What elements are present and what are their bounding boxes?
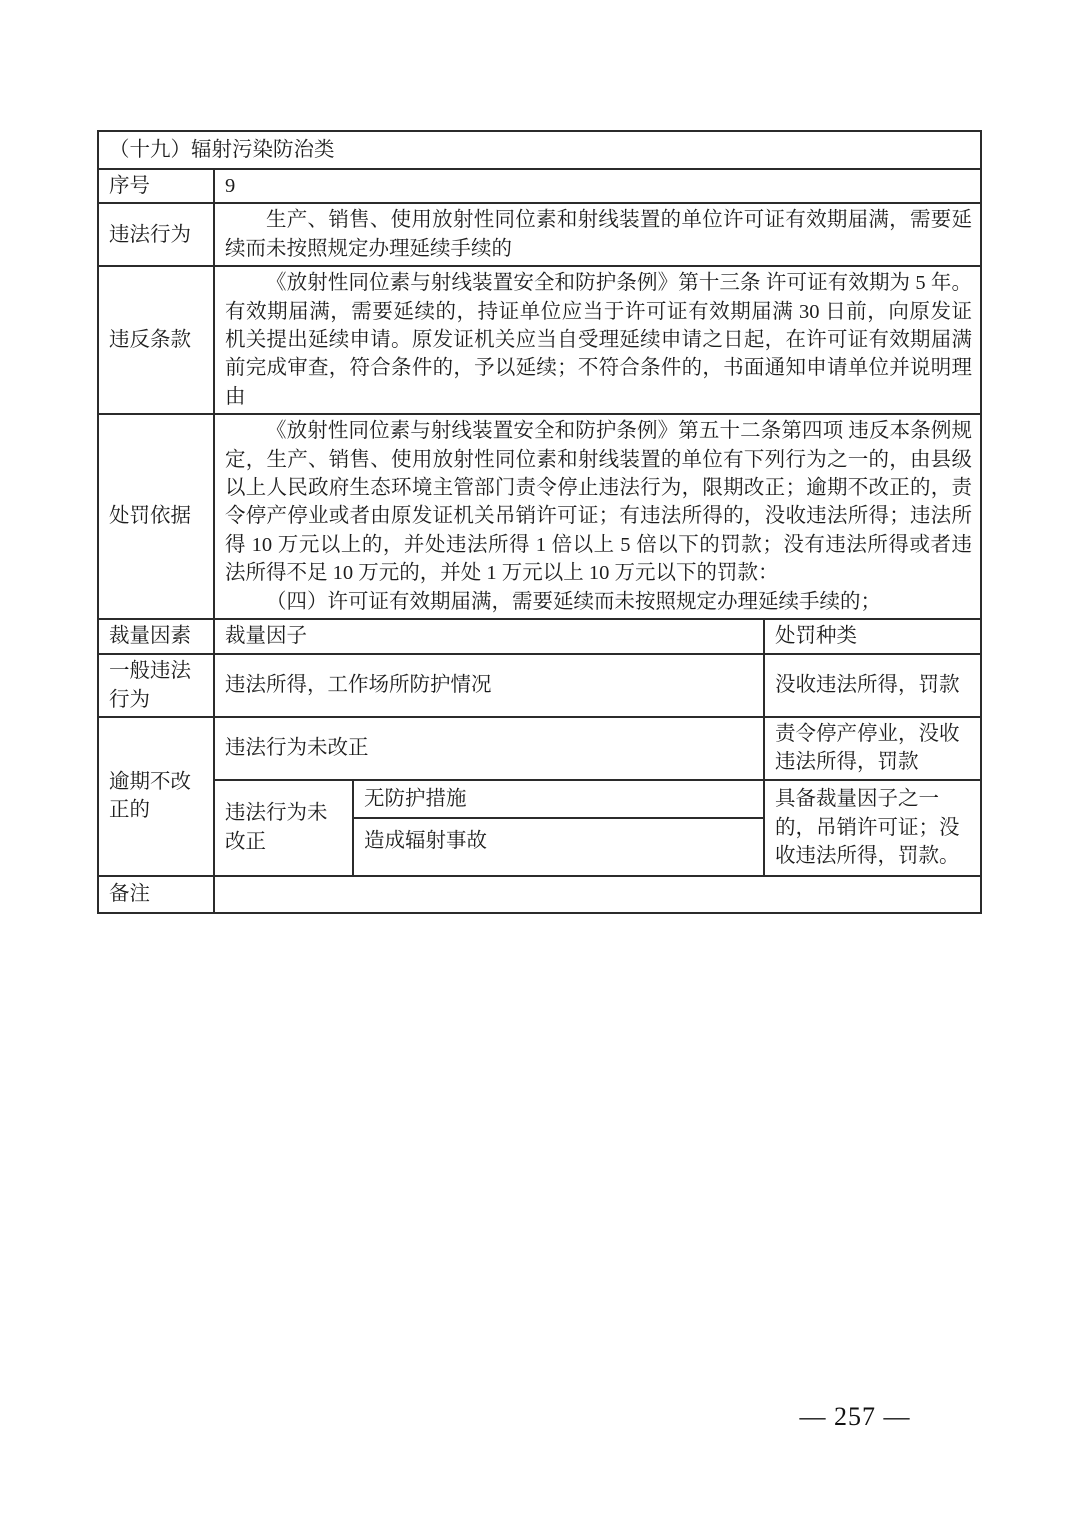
illegal-act-value-cell: 生产、销售、使用放射性同位素和射线装置的单位许可证有效期届满，需要延续而未按照规… [214,203,981,266]
overdue-row2-factor: 违法行为未改正 [225,802,328,852]
violated-clause-label: 违反条款 [109,329,191,351]
overdue-row2-sub2: 造成辐射事故 [364,830,487,852]
overdue-row2-penalty-cell: 具备裁量因子之一的，吊销许可证；没收违法所得，罚款。 [764,780,981,876]
penalty-basis-paragraph1: 《放射性同位素与射线装置安全和防护条例》第五十二条第四项 违反本条例规定，生产、… [225,417,972,587]
table-row: 违法行为未改正 无防护措施 具备裁量因子之一的，吊销许可证；没收违法所得，罚款。 [98,780,981,818]
overdue-label: 逾期不改正的 [109,771,191,821]
table-row: 裁量因素 裁量因子 处罚种类 [98,619,981,654]
discretion-label: 裁量因素 [109,625,191,647]
category-header-text: （十九）辐射污染防治类 [109,139,335,161]
discretion-factor-header: 裁量因子 [225,625,307,647]
violated-clause-value-cell: 《放射性同位素与射线装置安全和防护条例》第十三条 许可证有效期为 5 年。有效期… [214,266,981,414]
table-row: 逾期不改正的 违法行为未改正 责令停产停业，没收违法所得，罚款 [98,717,981,780]
penalty-basis-label-cell: 处罚依据 [98,414,214,619]
serial-label-cell: 序号 [98,169,214,203]
general-violation-penalty-cell: 没收违法所得，罚款 [764,654,981,717]
general-violation-factor: 违法所得，工作场所防护情况 [225,674,492,696]
illegal-act-label: 违法行为 [109,224,191,246]
penalty-discretion-table: （十九）辐射污染防治类 序号 9 违法行为 生产、销售、使用放射性同位素和射线装… [97,130,982,914]
page-number: — 257 — [790,1402,920,1432]
overdue-row1-factor: 违法行为未改正 [225,737,369,759]
penalty-basis-label: 处罚依据 [109,505,191,527]
violated-clause-text: 《放射性同位素与射线装置安全和防护条例》第十三条 许可证有效期为 5 年。有效期… [225,269,972,411]
table-row: （十九）辐射污染防治类 [98,131,981,169]
table-row: 违反条款 《放射性同位素与射线装置安全和防护条例》第十三条 许可证有效期为 5 … [98,266,981,414]
penalty-basis-value-cell: 《放射性同位素与射线装置安全和防护条例》第五十二条第四项 违反本条例规定，生产、… [214,414,981,619]
penalty-type-header: 处罚种类 [775,625,857,647]
document-page: （十九）辐射污染防治类 序号 9 违法行为 生产、销售、使用放射性同位素和射线装… [0,0,1074,1520]
overdue-row1-factor-cell: 违法行为未改正 [214,717,764,780]
table-row: 一般违法行为 违法所得，工作场所防护情况 没收违法所得，罚款 [98,654,981,717]
remark-label: 备注 [109,883,150,905]
table-row: 违法行为 生产、销售、使用放射性同位素和射线装置的单位许可证有效期届满，需要延续… [98,203,981,266]
overdue-row2-sub2-cell: 造成辐射事故 [353,818,764,876]
overdue-row2-sub1: 无防护措施 [364,788,467,810]
overdue-row2-sub1-cell: 无防护措施 [353,780,764,818]
illegal-act-label-cell: 违法行为 [98,203,214,266]
overdue-label-cell: 逾期不改正的 [98,717,214,876]
general-violation-label-cell: 一般违法行为 [98,654,214,717]
violated-clause-label-cell: 违反条款 [98,266,214,414]
general-violation-label: 一般违法行为 [109,660,191,710]
overdue-row1-penalty-cell: 责令停产停业，没收违法所得，罚款 [764,717,981,780]
general-violation-factor-cell: 违法所得，工作场所防护情况 [214,654,764,717]
discretion-factor-header-cell: 裁量因子 [214,619,764,654]
remark-label-cell: 备注 [98,876,214,913]
overdue-row2-factor-cell: 违法行为未改正 [214,780,353,876]
overdue-row1-penalty: 责令停产停业，没收违法所得，罚款 [775,723,960,773]
table-row: 处罚依据 《放射性同位素与射线装置安全和防护条例》第五十二条第四项 违反本条例规… [98,414,981,619]
table-row: 序号 9 [98,169,981,203]
serial-value-cell: 9 [214,169,981,203]
general-violation-penalty: 没收违法所得，罚款 [775,674,960,696]
illegal-act-text: 生产、销售、使用放射性同位素和射线装置的单位许可证有效期届满，需要延续而未按照规… [225,206,972,263]
serial-label: 序号 [109,175,150,197]
remark-value-cell [214,876,981,913]
serial-value: 9 [225,175,235,197]
category-header-cell: （十九）辐射污染防治类 [98,131,981,169]
penalty-basis-paragraph2: （四）许可证有效期届满，需要延续而未按照规定办理延续手续的； [225,588,972,616]
table-row: 备注 [98,876,981,913]
penalty-type-header-cell: 处罚种类 [764,619,981,654]
overdue-row2-penalty: 具备裁量因子之一的，吊销许可证；没收违法所得，罚款。 [775,788,960,867]
discretion-label-cell: 裁量因素 [98,619,214,654]
